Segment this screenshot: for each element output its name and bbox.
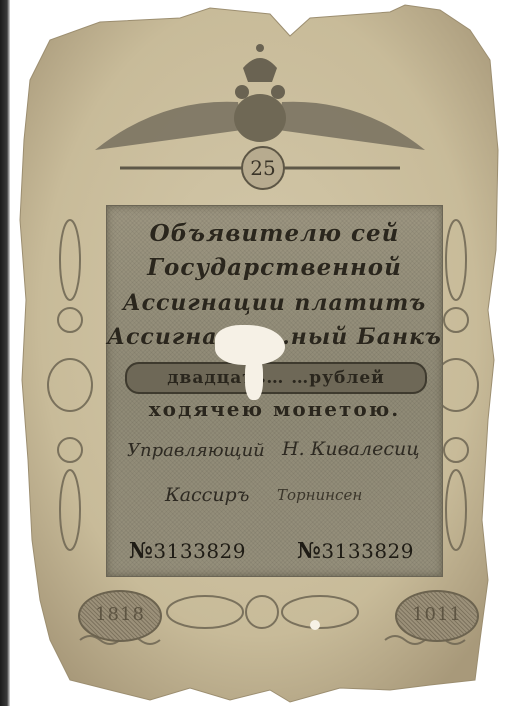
currency-line: ходячею монетою. <box>107 397 442 421</box>
date-medallion-right: 1011 <box>395 590 479 642</box>
serial-number-left: №3133829 <box>129 538 246 564</box>
panel-line-3: Ассигнации платитъ <box>107 290 442 316</box>
left-edge-strip <box>0 0 10 706</box>
signature-1-label: Управляющий <box>127 440 265 461</box>
tear-hole <box>245 355 263 400</box>
panel-line-1: Объявителю сей <box>107 220 442 247</box>
tear-hole <box>310 620 320 630</box>
serial-number-right: №3133829 <box>297 538 414 564</box>
serial-prefix: № <box>297 538 321 564</box>
denomination-medallion: 25 <box>241 146 285 190</box>
amount-band: двадцать… …рублей <box>125 362 427 394</box>
panel-line-2: Государственной <box>107 254 442 281</box>
serial-prefix: № <box>129 538 153 564</box>
banknote: 25 Объявителю сей Государственной Ассигн… <box>10 0 515 706</box>
serial-value: 3133829 <box>321 539 414 563</box>
signature-2-name: Торнинсен <box>277 486 362 504</box>
text-panel: Объявителю сей Государственной Ассигнаци… <box>106 205 443 577</box>
date-medallion-left: 1818 <box>78 590 162 642</box>
serial-value: 3133829 <box>153 539 246 563</box>
signature-1-name: Н. Кивалесиц <box>282 438 419 460</box>
signature-2-label: Кассиръ <box>165 484 249 506</box>
